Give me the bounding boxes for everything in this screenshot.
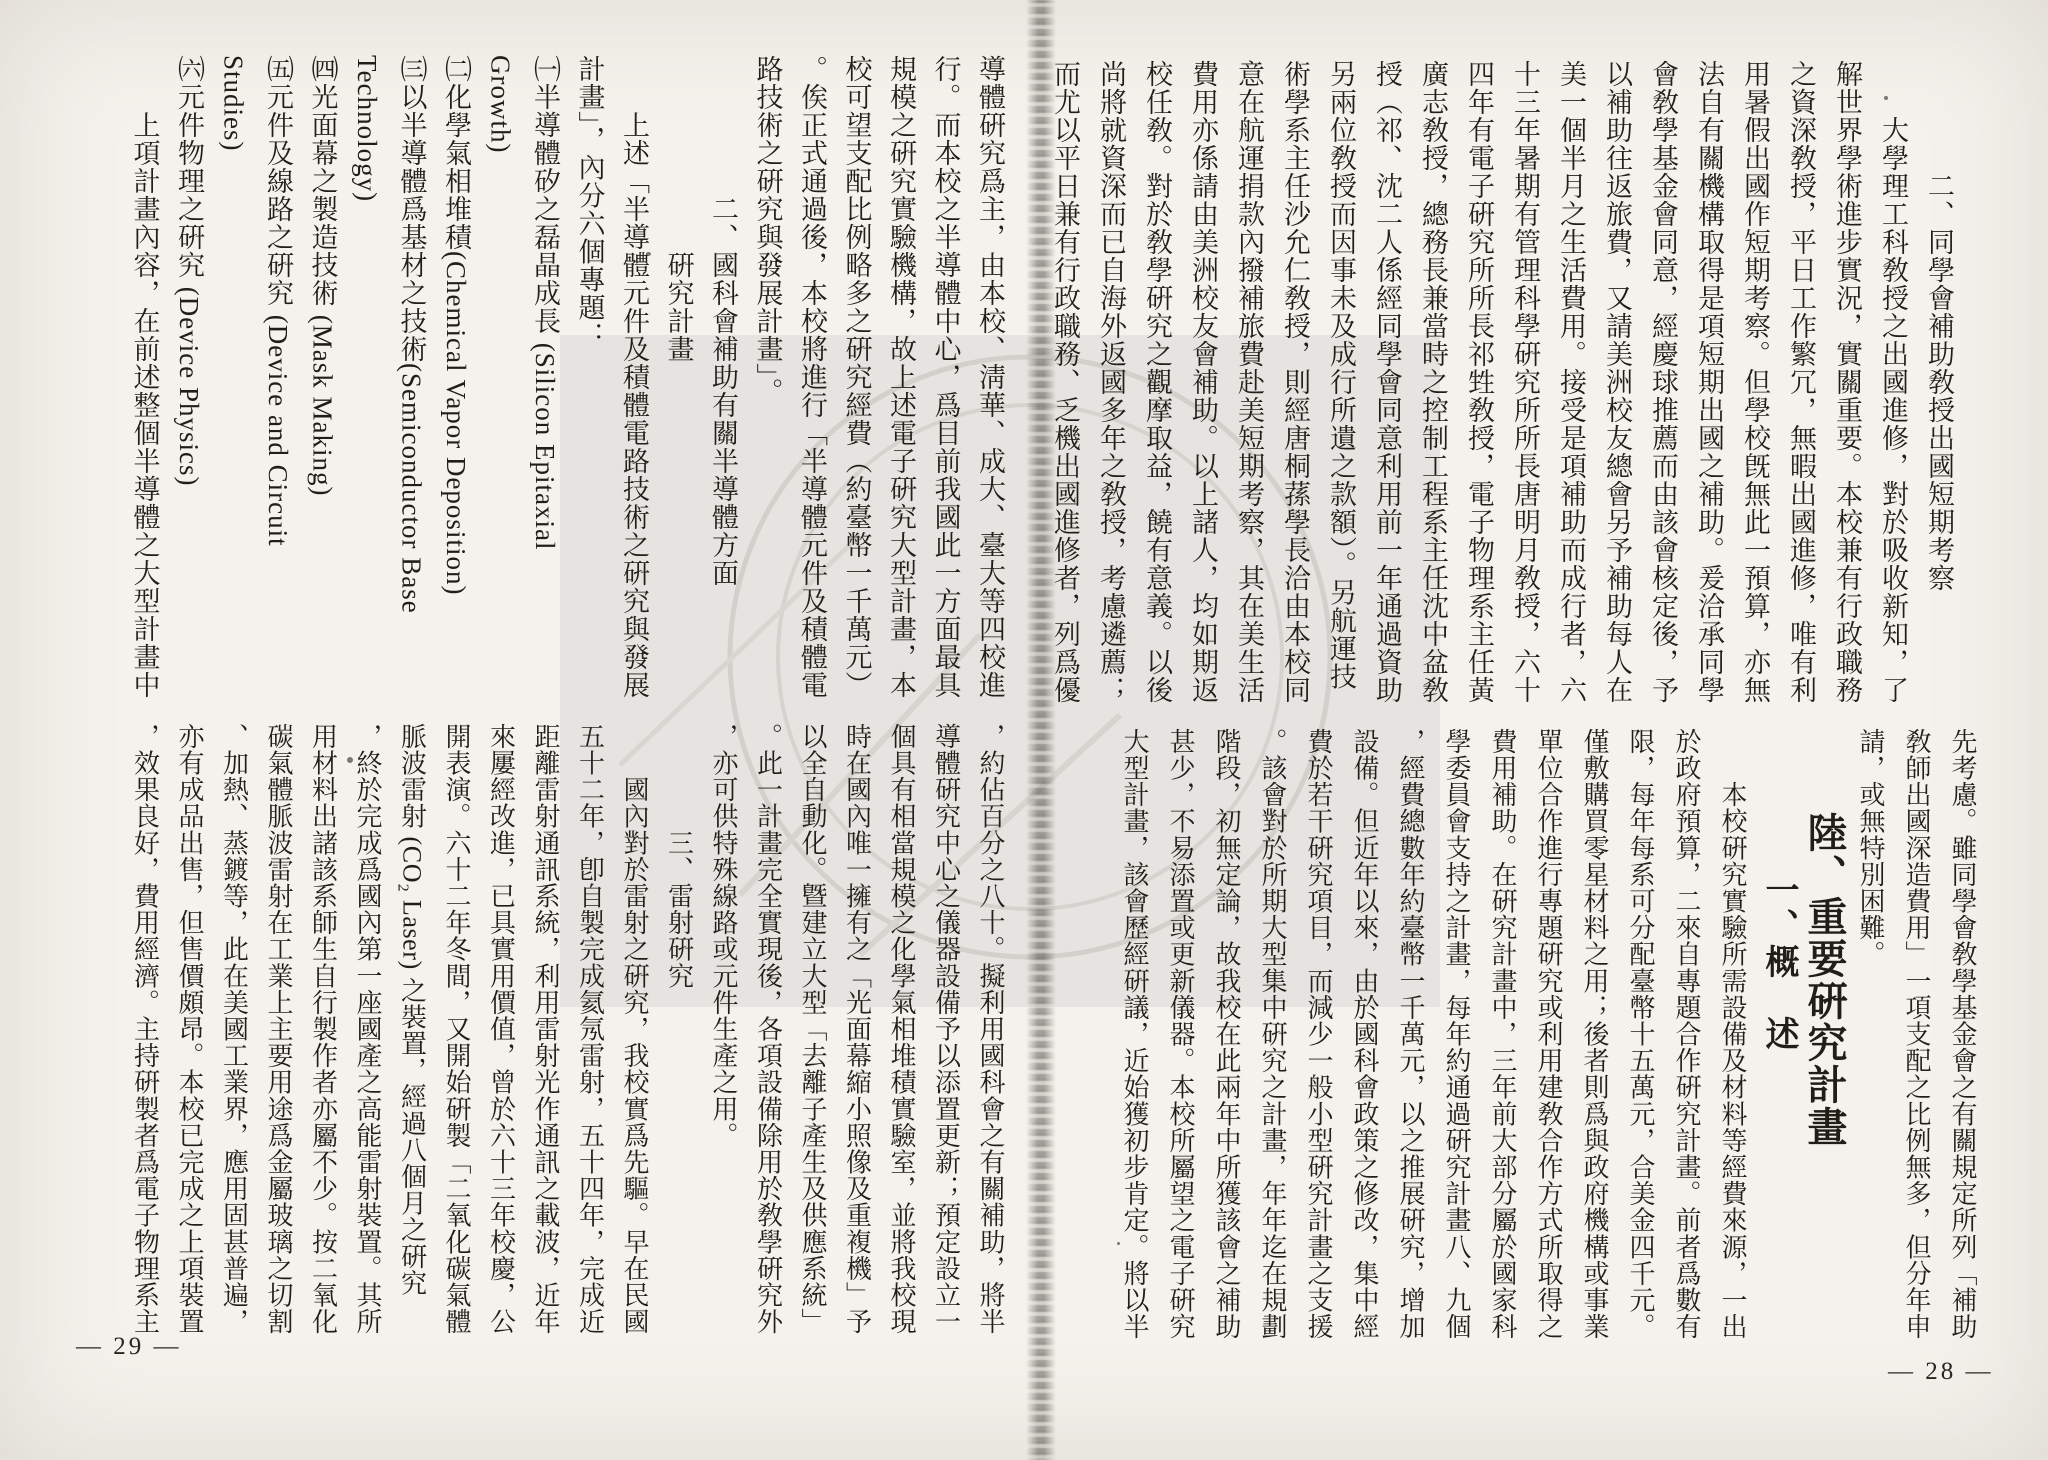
- text-column: ，經費總數年約臺幣一千萬元，以之推展硏究，增加: [1387, 728, 1433, 1346]
- text-column: 時在國內唯一擁有之「光面幕縮小照像及重複機」予: [834, 723, 879, 1341]
- text-column: 廣志敎授，總務長兼當時之控制工程系主任沈中盆敎: [1410, 60, 1456, 710]
- text-column: 於政府預算，二來自專題合作硏究計畫。前者爲數有: [1663, 728, 1709, 1346]
- text-column: 敎師出國深造費用」一項支配之比例無多，但分年申: [1893, 728, 1939, 1346]
- text-column: 以補助往返旅費，又請美洲校友總會另予補助每人在: [1594, 60, 1640, 710]
- book-gutter-shadow: [1026, 0, 1056, 1460]
- text-column: 碳氣體脈波雷射在工業上主要用途爲金屬玻璃之切割: [256, 723, 301, 1341]
- text-column: ㈥元件物理之硏究 (Device Physics): [167, 55, 212, 705]
- text-column: 授（祁、沈二人係經同學會同意利用前一年通過資助: [1364, 60, 1410, 710]
- text-column: 會敎學基金會同意，經慶球推薦而由該會核定後，予: [1640, 60, 1686, 710]
- text-column: 另兩位敎授而因事未及成行所遺之款額）。另航運技: [1318, 60, 1364, 710]
- text-column: 。此一計畫完全實現後，各項設備除用於敎學硏究外: [745, 723, 790, 1341]
- page-number-28: — 28 —: [1888, 1358, 1994, 1386]
- text-column: 甚少，不易添置或更新儀器。本校所屬望之電子硏究: [1157, 728, 1203, 1346]
- text-column: 美一個半月之生活費用。接受是項補助而成行者，六: [1548, 60, 1594, 710]
- text-column: ㈤元件及線路之硏究 (Device and Circuit: [256, 55, 301, 705]
- text-column: ，亦可供特殊線路或元件生產之用。: [701, 723, 746, 1341]
- scan-speck: [347, 757, 353, 763]
- text-column: 導體硏究中心之儀器設備予以添置更新；預定設立一: [923, 723, 968, 1341]
- text-column: 個具有相當規模之化學氣相堆積實驗室，並將我校現: [879, 723, 924, 1341]
- text-column: 四年有電子硏究所所長祁甡敎授，電子物理系主任黃: [1456, 60, 1502, 710]
- text-column: 上項計畫內容，在前述整個半導體之大型計畫中: [122, 55, 167, 705]
- scan-speck: [1884, 96, 1888, 100]
- book-scan-spread: 二、同學會補助敎授出國短期考察 大學理工科敎授之出國進修，對於吸收新知，了解世界…: [0, 0, 2048, 1460]
- text-column: 僅敷購買零星材料之用；後者則爲與政府機構或事業: [1571, 728, 1617, 1346]
- text-column: 路技術之硏究與發展計畫」。: [745, 55, 790, 705]
- text-column: 術學系主任沙允仁敎授，則經唐桐蓀學長洽由本校同: [1272, 60, 1318, 710]
- page28-top-band: 二、同學會補助敎授出國短期考察 大學理工科敎授之出國進修，對於吸收新知，了解世界…: [1042, 60, 1962, 710]
- text-column: 校可望支配比例略多之硏究經費（約臺幣一千萬元）: [834, 55, 879, 705]
- text-column: 脈波雷射 (CO₂ Laser) 之裝置，經過八個月之硏究: [389, 723, 434, 1341]
- scan-speck: [1117, 1242, 1120, 1245]
- text-column: 尚將就資深而已自海外返國多年之敎授，考慮遴薦；: [1088, 60, 1134, 710]
- text-column: ，效果良好，費用經濟。主持硏製者爲電子物理系主: [122, 723, 167, 1341]
- text-column: 單位合作進行專題硏究或利用建敎合作方式所取得之: [1525, 728, 1571, 1346]
- text-column: 上述「半導體元件及積體電路技術之硏究與發展: [612, 55, 657, 705]
- page28-bottom-band: 先考慮。雖同學會敎學基金會之有關規定所列「補助敎師出國深造費用」一項支配之比例無…: [1105, 728, 1985, 1346]
- text-column: 階段，初無定論，故我校在此兩年中所獲該會之補助: [1203, 728, 1249, 1346]
- text-column: ，終於完成爲國內第一座國產之高能雷射裝置。其所: [345, 723, 390, 1341]
- text-column: 二、同學會補助敎授出國短期考察: [1916, 60, 1962, 710]
- text-column: 導體硏究爲主，由本校、淸華、成大、臺大等四校進: [968, 55, 1013, 705]
- scan-speck: [646, 252, 651, 256]
- text-column: 。該會對於所期大型集中硏究之計畫，年年迄在規劃: [1249, 728, 1295, 1346]
- text-column: 規模之硏究實驗機構，故上述電子硏究大型計畫，本: [879, 55, 924, 705]
- text-column: 本校硏究實驗所需設備及材料等經費來源，一出: [1709, 728, 1755, 1346]
- page-number-29: — 29 —: [76, 1333, 182, 1361]
- text-column: 二、國科會補助有關半導體方面: [701, 55, 746, 705]
- text-column: 費用亦係請由美洲校友會補助。以上諸人，均如期返: [1180, 60, 1226, 710]
- text-column: ㈢以半導體爲基材之技術(Semiconductor Base: [389, 55, 434, 705]
- text-column: 意在航運捐款內撥補旅費赴美短期考察，其在美生活: [1226, 60, 1272, 710]
- text-column: 三、雷射硏究: [656, 723, 701, 1341]
- text-column: 亦有成品出售，但售價頗昂。本校已完成之上項裝置: [167, 723, 212, 1341]
- text-column: ㈡化學氣相堆積(Chemical Vapor Deposition): [434, 55, 479, 705]
- text-column: 開表演。六十二年冬間，又開始硏製「二氧化碳氣體: [434, 723, 479, 1341]
- text-column: 一、概 述: [1755, 728, 1801, 1346]
- text-column: 用暑假出國作短期考察。但學校旣無此一預算，亦無: [1732, 60, 1778, 710]
- text-column: 限，每年每系可分配臺幣十五萬元，合美金四千元。: [1617, 728, 1663, 1346]
- text-column: 距離雷射通訊系統，利用雷射光作通訊之載波，近年: [523, 723, 568, 1341]
- text-column: 十三年暑期有管理科學硏究所所長唐明月敎授，六十: [1502, 60, 1548, 710]
- text-column: 用材料出諸該系師生自行製作者亦屬不少。按二氧化: [300, 723, 345, 1341]
- text-column: 大學理工科敎授之出國進修，對於吸收新知，了: [1870, 60, 1916, 710]
- text-column: ，約佔百分之八十。擬利用國科會之有關補助，將半: [968, 723, 1013, 1341]
- page29-bottom-band: ，約佔百分之八十。擬利用國科會之有關補助，將半導體硏究中心之儀器設備予以添置更新…: [120, 723, 1012, 1341]
- text-column: 費用補助。在硏究計畫中，三年前大部分屬於國家科: [1479, 728, 1525, 1346]
- page29-top-band: 導體硏究爲主，由本校、淸華、成大、臺大等四校進行。而本校之半導體中心，爲目前我國…: [120, 55, 1012, 705]
- text-column: 五十二年，卽自製完成氦氖雷射，五十四年，完成近: [567, 723, 612, 1341]
- text-column: ㈠半導體矽之磊晶成長 (Silicon Epitaxial: [523, 55, 568, 705]
- text-column: Studies): [211, 55, 256, 705]
- text-column: 費於若干硏究項目，而減少一般小型硏究計畫之支援: [1295, 728, 1341, 1346]
- text-column: 解世界學術進步實況，實關重要。本校兼有行政職務: [1824, 60, 1870, 710]
- text-column: Technology): [345, 55, 390, 705]
- text-column: 來屢經改進，已具實用價值，曾於六十三年校慶，公: [478, 723, 523, 1341]
- text-column: 大型計畫，該會歷經硏議，近始獲初步肯定。將以半: [1111, 728, 1157, 1346]
- text-column: 學委員會支持之計畫，每年約通過硏究計畫八、九個: [1433, 728, 1479, 1346]
- text-column: 校任敎。對於敎學硏究之觀摩取益，饒有意義。以後: [1134, 60, 1180, 710]
- text-column: 法自有關機構取得是項短期出國之補助。爰洽承同學: [1686, 60, 1732, 710]
- text-column: 。俟正式通過後，本校將進行「半導體元件及積體電: [790, 55, 835, 705]
- text-column: 以全自動化。曁建立大型「去離子產生及供應系統」: [790, 723, 835, 1341]
- text-column: 之資深敎授，平日工作繁冗，無暇出國進修，唯有利: [1778, 60, 1824, 710]
- text-column: 設備。但近年以來，由於國科會政策之修改，集中經: [1341, 728, 1387, 1346]
- text-column: ㈣光面幕之製造技術 (Mask Making): [300, 55, 345, 705]
- text-column: 先考慮。雖同學會敎學基金會之有關規定所列「補助: [1939, 728, 1985, 1346]
- text-column: 國內對於雷射之硏究，我校實爲先驅。早在民國: [612, 723, 657, 1341]
- text-column: 陸、重要硏究計畫: [1801, 728, 1847, 1346]
- text-column: Growth): [478, 55, 523, 705]
- text-column: 計畫」，內分六個專題：: [567, 55, 612, 705]
- text-column: 、加熱、蒸鍍等，此在美國工業界，應用固甚普遍，: [211, 723, 256, 1341]
- text-column: 請，或無特別困難。: [1847, 728, 1893, 1346]
- text-column: 行。而本校之半導體中心，爲目前我國此一方面最具: [923, 55, 968, 705]
- text-column: 硏究計畫: [656, 55, 701, 705]
